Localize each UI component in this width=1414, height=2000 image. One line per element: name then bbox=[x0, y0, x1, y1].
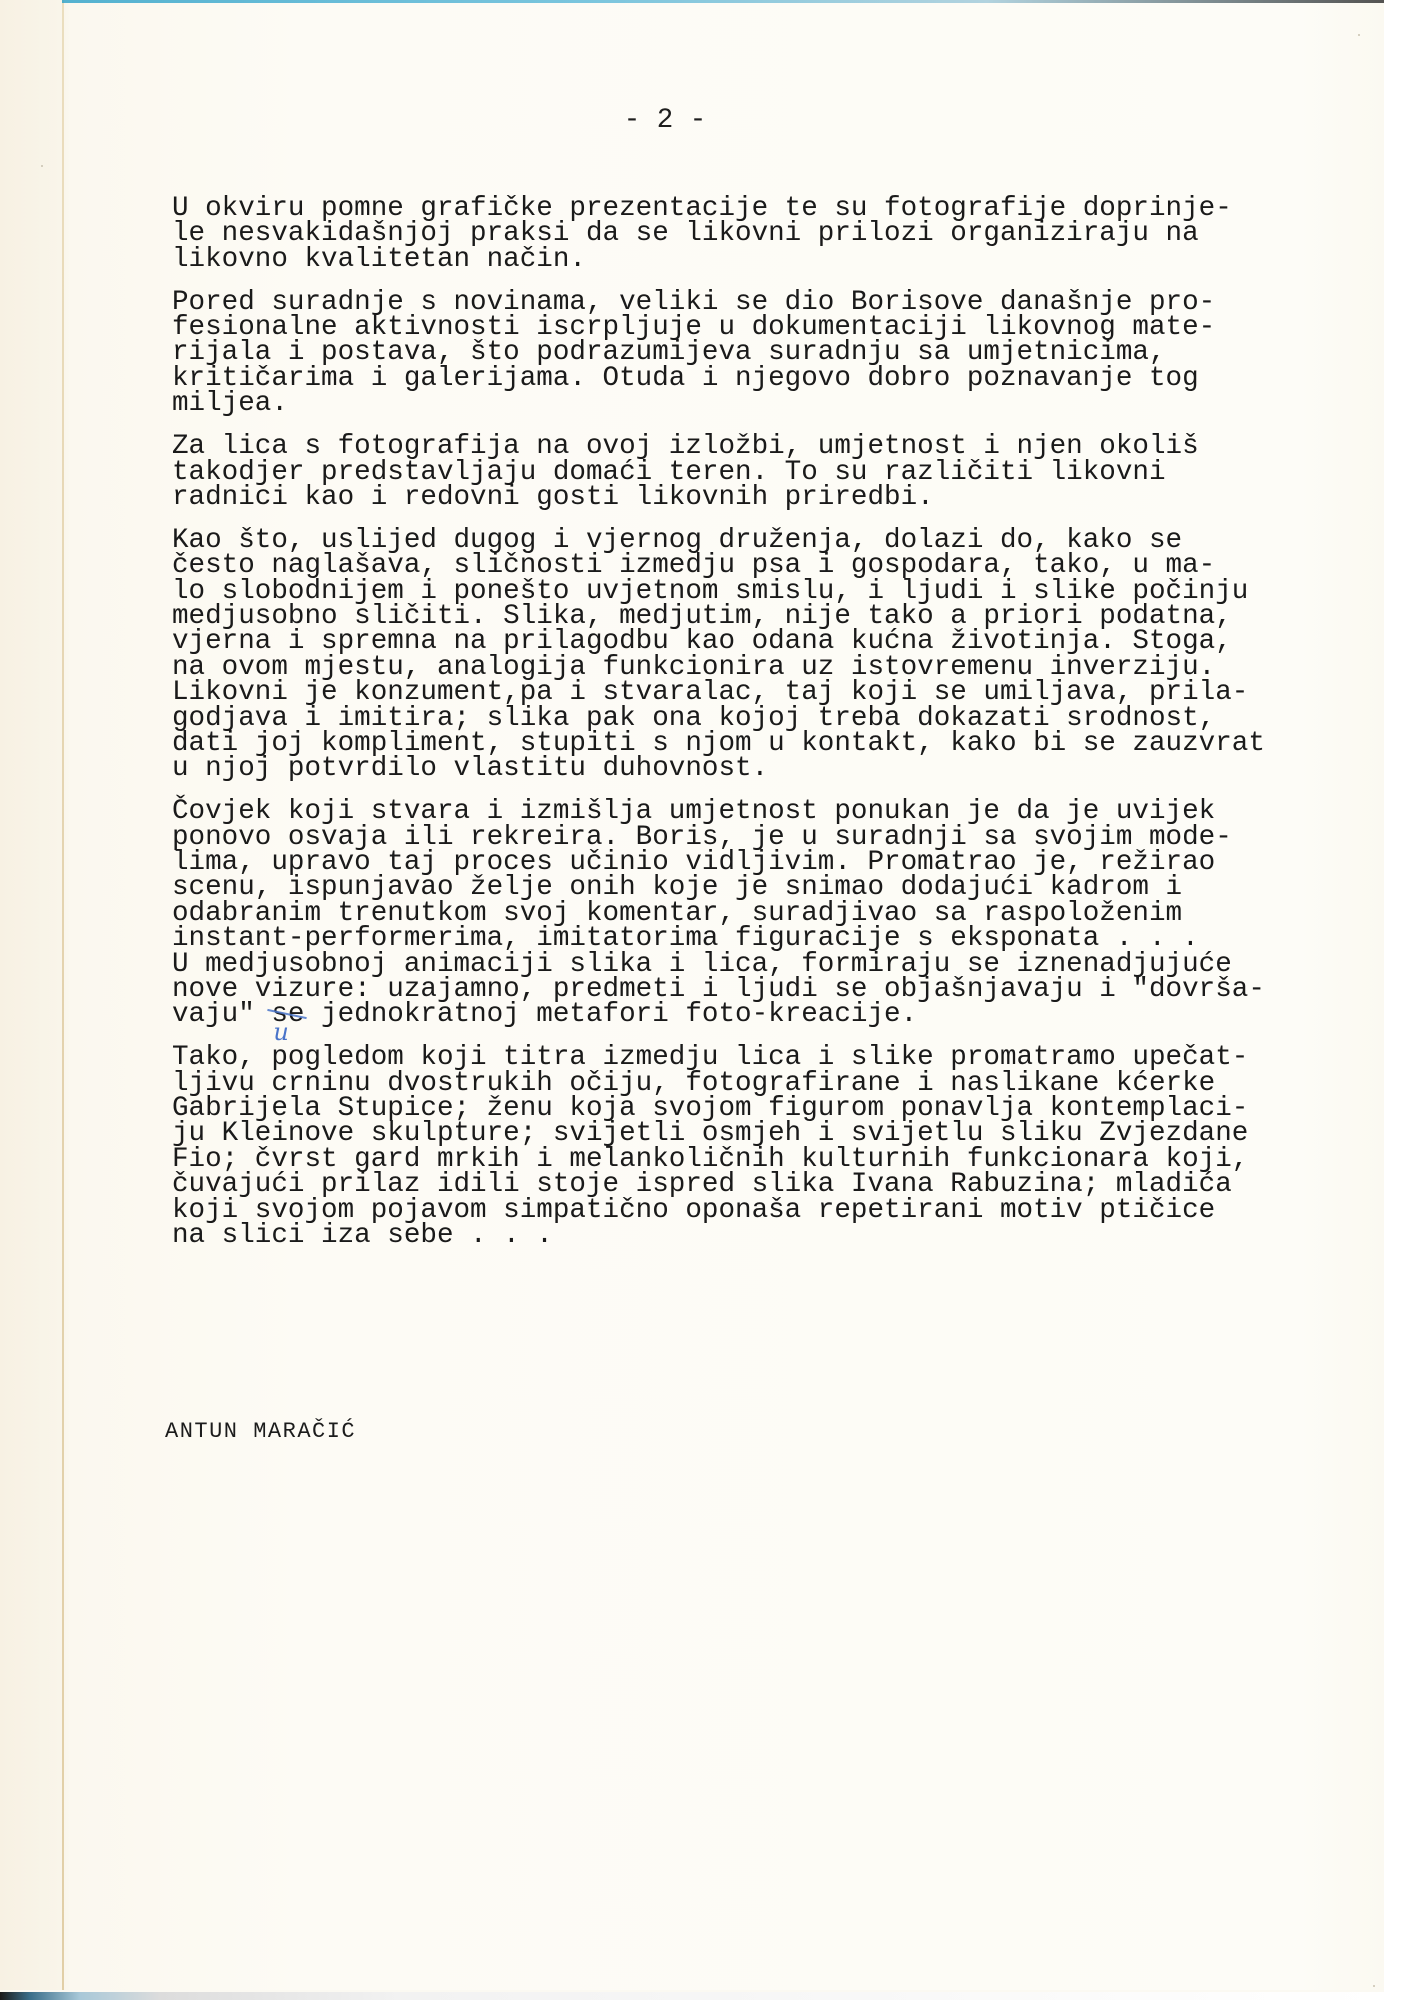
text-line: scenu, ispunjavao želje onih koje je sni… bbox=[172, 875, 1312, 900]
paragraph-5: Čovjek koji stvara i izmišlja umjetnost … bbox=[172, 799, 1312, 1028]
paper-speck bbox=[1358, 34, 1360, 36]
text-line: ju Kleinove skulpture; svijetli osmjeh i… bbox=[172, 1121, 1312, 1146]
corrected-line-after: jednokratnoj metafori foto-kreacije. bbox=[304, 999, 917, 1030]
paper-speck bbox=[1373, 1985, 1375, 1987]
paragraph-1: U okviru pomne grafičke prezentacije te … bbox=[172, 196, 1312, 272]
paper-speck bbox=[41, 165, 43, 167]
scan-bottom-edge bbox=[0, 1992, 1414, 2000]
page-number: - 2 - bbox=[0, 106, 1330, 136]
handwritten-correction: seu bbox=[271, 1002, 304, 1027]
paragraph-3: Za lica s fotografija na ovoj izložbi, u… bbox=[172, 434, 1312, 510]
paragraph-6: Tako, pogledom koji titra izmedju lica i… bbox=[172, 1045, 1312, 1248]
text-line: le nesvakidašnjoj praksi da se likovni p… bbox=[172, 221, 1312, 246]
text-line: Tako, pogledom koji titra izmedju lica i… bbox=[172, 1045, 1312, 1070]
handwritten-insertion: u bbox=[273, 1020, 288, 1044]
text-line: u njoj potvrdilo vlastitu duhovnost. bbox=[172, 756, 1312, 781]
text-line: često naglašava, sličnosti izmedju psa i… bbox=[172, 553, 1312, 578]
text-line: vjerna i spremna na prilagodbu kao odana… bbox=[172, 629, 1312, 654]
text-line: miljea. bbox=[172, 391, 1312, 416]
text-line: instant-performerima, imitatorima figura… bbox=[172, 926, 1312, 951]
text-line: na slici iza sebe . . . bbox=[172, 1223, 1312, 1248]
text-line: Za lica s fotografija na ovoj izložbi, u… bbox=[172, 434, 1312, 459]
corrected-line-before: vaju" bbox=[172, 999, 271, 1030]
text-line: Čovjek koji stvara i izmišlja umjetnost … bbox=[172, 799, 1312, 824]
text-line: likovno kvalitetan način. bbox=[172, 247, 1312, 272]
document-body: U okviru pomne grafičke prezentacije te … bbox=[172, 196, 1312, 1266]
scan-top-edge bbox=[62, 0, 1384, 3]
text-line: radnici kao i redovni gosti likovnih pri… bbox=[172, 485, 1312, 510]
paragraph-4: Kao što, uslijed dugog i vjernog druženj… bbox=[172, 528, 1312, 782]
text-line: čuvajući prilaz idili stoje ispred slika… bbox=[172, 1172, 1312, 1197]
page-fold-line bbox=[62, 0, 64, 1990]
corrected-line: vaju" seu jednokratnoj metafori foto-kre… bbox=[172, 1002, 1312, 1027]
paragraph-2: Pored suradnje s novinama, veliki se dio… bbox=[172, 290, 1312, 417]
scan-right-margin bbox=[1384, 0, 1414, 2000]
text-line: kritičarima i galerijama. Otuda i njegov… bbox=[172, 366, 1312, 391]
author-signature: ANTUN MARAČIĆ bbox=[165, 1418, 356, 1446]
text-line: Likovni je konzument,pa i stvaralac, taj… bbox=[172, 680, 1312, 705]
